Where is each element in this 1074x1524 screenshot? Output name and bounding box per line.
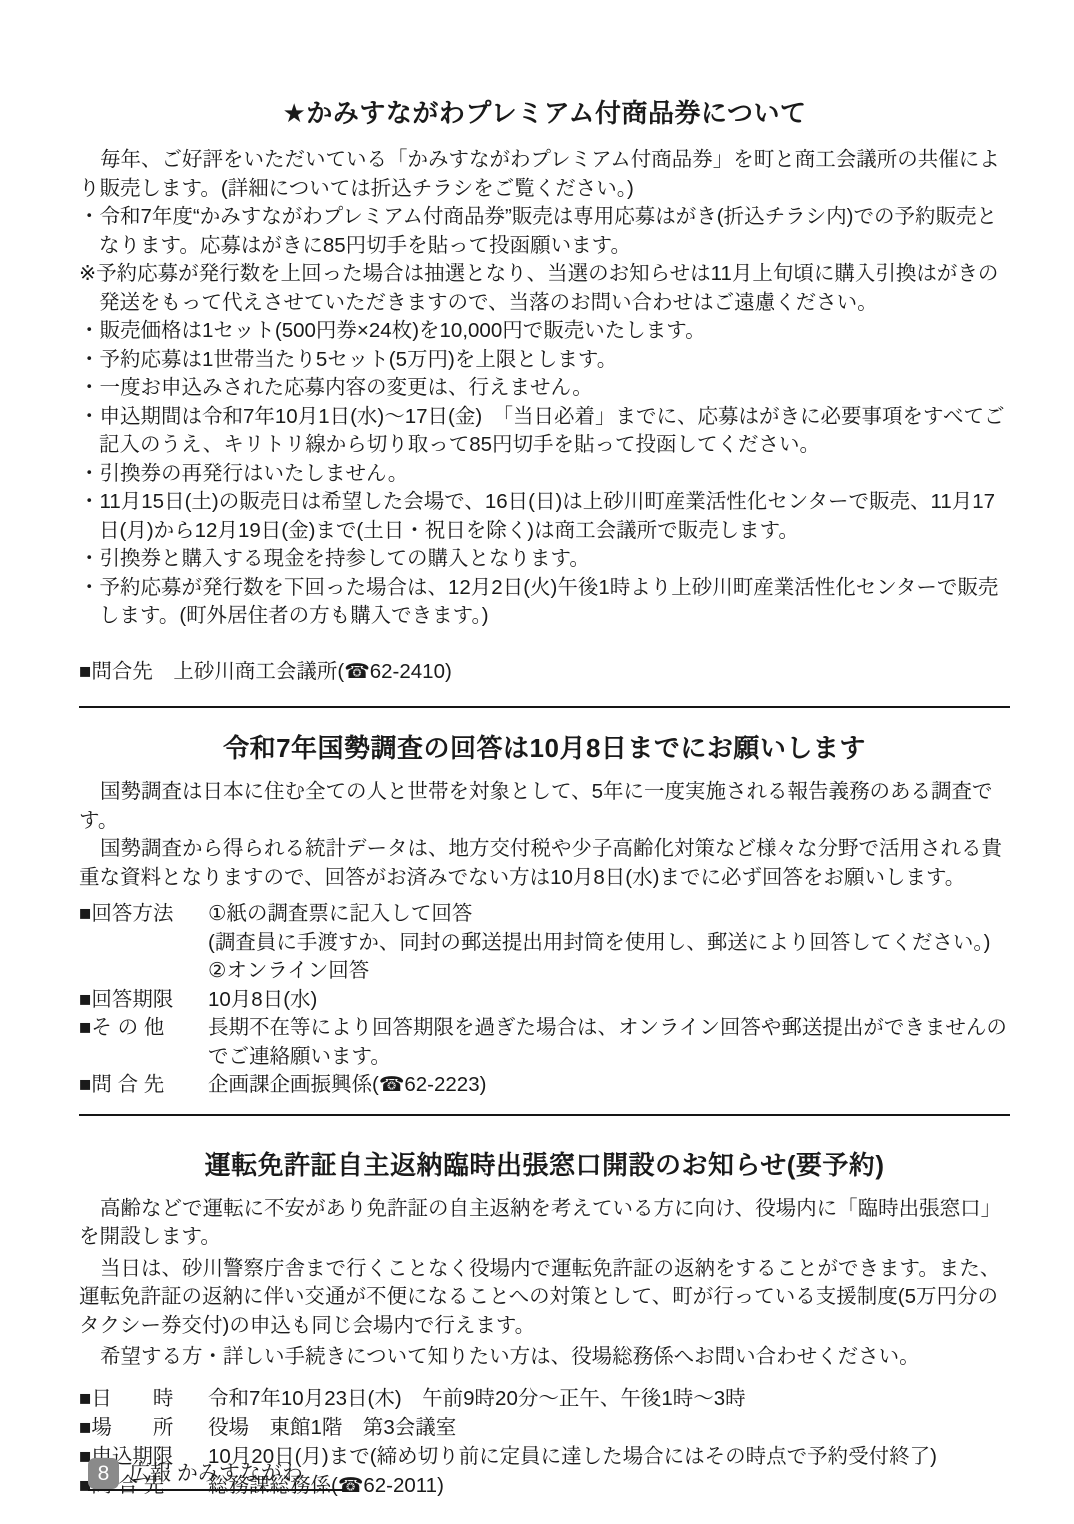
publication-title: 広報 かみすながわ — [129, 1461, 343, 1487]
list-item-text: 11月15日(土)の販売日は希望した会場で、16日(日)は上砂川町産業活性化セン… — [99, 490, 995, 542]
list-item: ・販売価格は1セット(500円券×24枚)を10,000円で販売いたします。 — [79, 317, 1010, 346]
field-value-line: 長期不在等により回答期限を過ぎた場合は、オンライン回答や郵送提出ができませんので… — [208, 1014, 1010, 1071]
field-row: ■そ の 他 長期不在等により回答期限を過ぎた場合は、オンライン回答や郵送提出が… — [79, 1014, 1010, 1071]
bullet-marker: ※ — [79, 262, 96, 285]
paragraph: 高齢などで運転に不安があり免許証の自主返納を考えている方に向け、役場内に「臨時出… — [79, 1195, 1010, 1252]
page-number-badge: 8 — [88, 1458, 119, 1489]
bullet-marker: ・ — [79, 490, 100, 513]
section-license-return: 運転免許証自主返納臨時出張窓口開設のお知らせ(要予約) 高齢などで運転に不安があ… — [79, 1116, 1010, 1500]
field-value-line: 企画課企画振興係(☎62-2223) — [208, 1071, 1010, 1100]
list-item-text: 販売価格は1セット(500円券×24枚)を10,000円で販売いたします。 — [100, 319, 706, 342]
list-item: ・申込期間は令和7年10月1日(水)〜17日(金) 「当日必着」までに、応募はが… — [79, 403, 1010, 460]
list-item: ・引換券と購入する現金を持参しての購入となります。 — [79, 545, 1010, 574]
field-value-line: 役場 東館1階 第3会議室 — [208, 1413, 1010, 1442]
field-value-line: 令和7年10月23日(木) 午前9時20分〜正午、午後1時〜3時 — [208, 1384, 1010, 1413]
field-label: ■回答方法 — [79, 900, 208, 929]
field-list: ■回答方法 ①紙の調査票に記入して回答 (調査員に手渡すか、同封の郵送提出用封筒… — [79, 900, 1010, 1100]
field-value: 令和7年10月23日(木) 午前9時20分〜正午、午後1時〜3時 — [208, 1384, 1010, 1413]
field-value-line: ①紙の調査票に記入して回答 — [208, 900, 1010, 929]
list-item-text: 予約応募が発行数を下回った場合は、12月2日(火)午後1時より上砂川町産業活性化… — [99, 576, 998, 628]
field-value: 役場 東館1階 第3会議室 — [208, 1413, 1010, 1442]
bullet-marker: ・ — [79, 576, 100, 599]
section-premium-voucher: ★かみすながわプレミアム付商品券について 毎年、ご好評をいただいている「かみすな… — [79, 0, 1010, 686]
list-item-text: 引換券と購入する現金を持参しての購入となります。 — [100, 547, 590, 570]
field-value: 企画課企画振興係(☎62-2223) — [208, 1071, 1010, 1100]
field-value-line: (調査員に手渡すか、同封の郵送提出用封筒を使用し、郵送により回答してください。) — [208, 929, 1010, 958]
section-title: 運転免許証自主返納臨時出張窓口開設のお知らせ(要予約) — [79, 1116, 1010, 1183]
list-item: ・一度お申込みされた応募内容の変更は、行えません。 — [79, 374, 1010, 403]
list-item: ・予約応募は1世帯当たり5セット(5万円)を上限とします。 — [79, 346, 1010, 375]
list-item-text: 予約応募が発行数を上回った場合は抽選となり、当選のお知らせは11月上旬頃に購入引… — [96, 262, 998, 314]
field-label: ■回答期限 — [79, 986, 208, 1015]
list-item-text: 申込期間は令和7年10月1日(水)〜17日(金) 「当日必着」までに、応募はがき… — [99, 405, 1005, 457]
bullet-marker: ・ — [79, 462, 100, 485]
bullet-marker: ・ — [79, 376, 100, 399]
paragraph: 希望する方・詳しい手続きについて知りたい方は、役場総務係へお問い合わせください。 — [79, 1343, 1010, 1372]
list-item-text: 予約応募は1世帯当たり5セット(5万円)を上限とします。 — [100, 348, 618, 371]
bullet-marker: ・ — [79, 405, 100, 428]
field-label: ■そ の 他 — [79, 1014, 208, 1043]
field-row: ■場 所 役場 東館1階 第3会議室 — [79, 1413, 1010, 1442]
field-value: ①紙の調査票に記入して回答 (調査員に手渡すか、同封の郵送提出用封筒を使用し、郵… — [208, 900, 1010, 986]
section-census: 令和7年国勢調査の回答は10月8日までにお願いします 国勢調査は日本に住む全ての… — [79, 708, 1010, 1100]
list-item-text: 一度お申込みされた応募内容の変更は、行えません。 — [100, 376, 593, 399]
list-item: ・引換券の再発行はいたしません。 — [79, 460, 1010, 489]
paragraph: 毎年、ご好評をいただいている「かみすながわプレミアム付商品券」を町と商工会議所の… — [79, 146, 1010, 203]
field-row: ■日 時 令和7年10月23日(木) 午前9時20分〜正午、午後1時〜3時 — [79, 1384, 1010, 1413]
bullet-marker: ・ — [79, 319, 100, 342]
field-row: ■問 合 先 企画課企画振興係(☎62-2223) — [79, 1071, 1010, 1100]
bullet-marker: ・ — [79, 205, 100, 228]
paragraph: 当日は、砂川警察庁舎まで行くことなく役場内で運転免許証の返納をすることができます… — [79, 1255, 1010, 1341]
list-item: ※予約応募が発行数を上回った場合は抽選となり、当選のお知らせは11月上旬頃に購入… — [79, 260, 1010, 317]
list-item: ・11月15日(土)の販売日は希望した会場で、16日(日)は上砂川町産業活性化セ… — [79, 488, 1010, 545]
bullet-marker: ・ — [79, 348, 100, 371]
list-item: ・予約応募が発行数を下回った場合は、12月2日(火)午後1時より上砂川町産業活性… — [79, 574, 1010, 631]
section-title: 令和7年国勢調査の回答は10月8日までにお願いします — [79, 708, 1010, 766]
field-label: ■場 所 — [79, 1413, 208, 1442]
field-value-line: 10月8日(水) — [208, 986, 1010, 1015]
section-title: ★かみすながわプレミアム付商品券について — [79, 0, 1010, 131]
list-item-text: 令和7年度“かみすながわプレミアム付商品券”販売は専用応募はがき(折込チラシ内)… — [99, 205, 997, 257]
field-label: ■問 合 先 — [79, 1071, 208, 1100]
list-item-text: 引換券の再発行はいたしません。 — [100, 462, 409, 485]
list-item: ・令和7年度“かみすながわプレミアム付商品券”販売は専用応募はがき(折込チラシ内… — [79, 203, 1010, 260]
field-row: ■回答期限 10月8日(水) — [79, 986, 1010, 1015]
field-value: 10月8日(水) — [208, 986, 1010, 1015]
contact-line: ■問合先 上砂川商工会議所(☎62-2410) — [79, 658, 1010, 687]
bullet-marker: ・ — [79, 547, 100, 570]
page-content: ★かみすながわプレミアム付商品券について 毎年、ご好評をいただいている「かみすな… — [0, 0, 1074, 1500]
field-label: ■日 時 — [79, 1384, 208, 1413]
field-value-line: ②オンライン回答 — [208, 957, 1010, 986]
field-value: 長期不在等により回答期限を過ぎた場合は、オンライン回答や郵送提出ができませんので… — [208, 1014, 1010, 1071]
field-row: ■回答方法 ①紙の調査票に記入して回答 (調査員に手渡すか、同封の郵送提出用封筒… — [79, 900, 1010, 986]
newsletter-page: ★かみすながわプレミアム付商品券について 毎年、ご好評をいただいている「かみすな… — [0, 0, 1074, 1524]
page-footer: 8 広報 かみすながわ — [88, 1458, 343, 1491]
paragraph: 国勢調査は日本に住む全ての人と世帯を対象として、5年に一度実施される報告義務のあ… — [79, 778, 1010, 835]
paragraph: 国勢調査から得られる統計データは、地方交付税や少子高齢化対策など様々な分野で活用… — [79, 835, 1010, 892]
